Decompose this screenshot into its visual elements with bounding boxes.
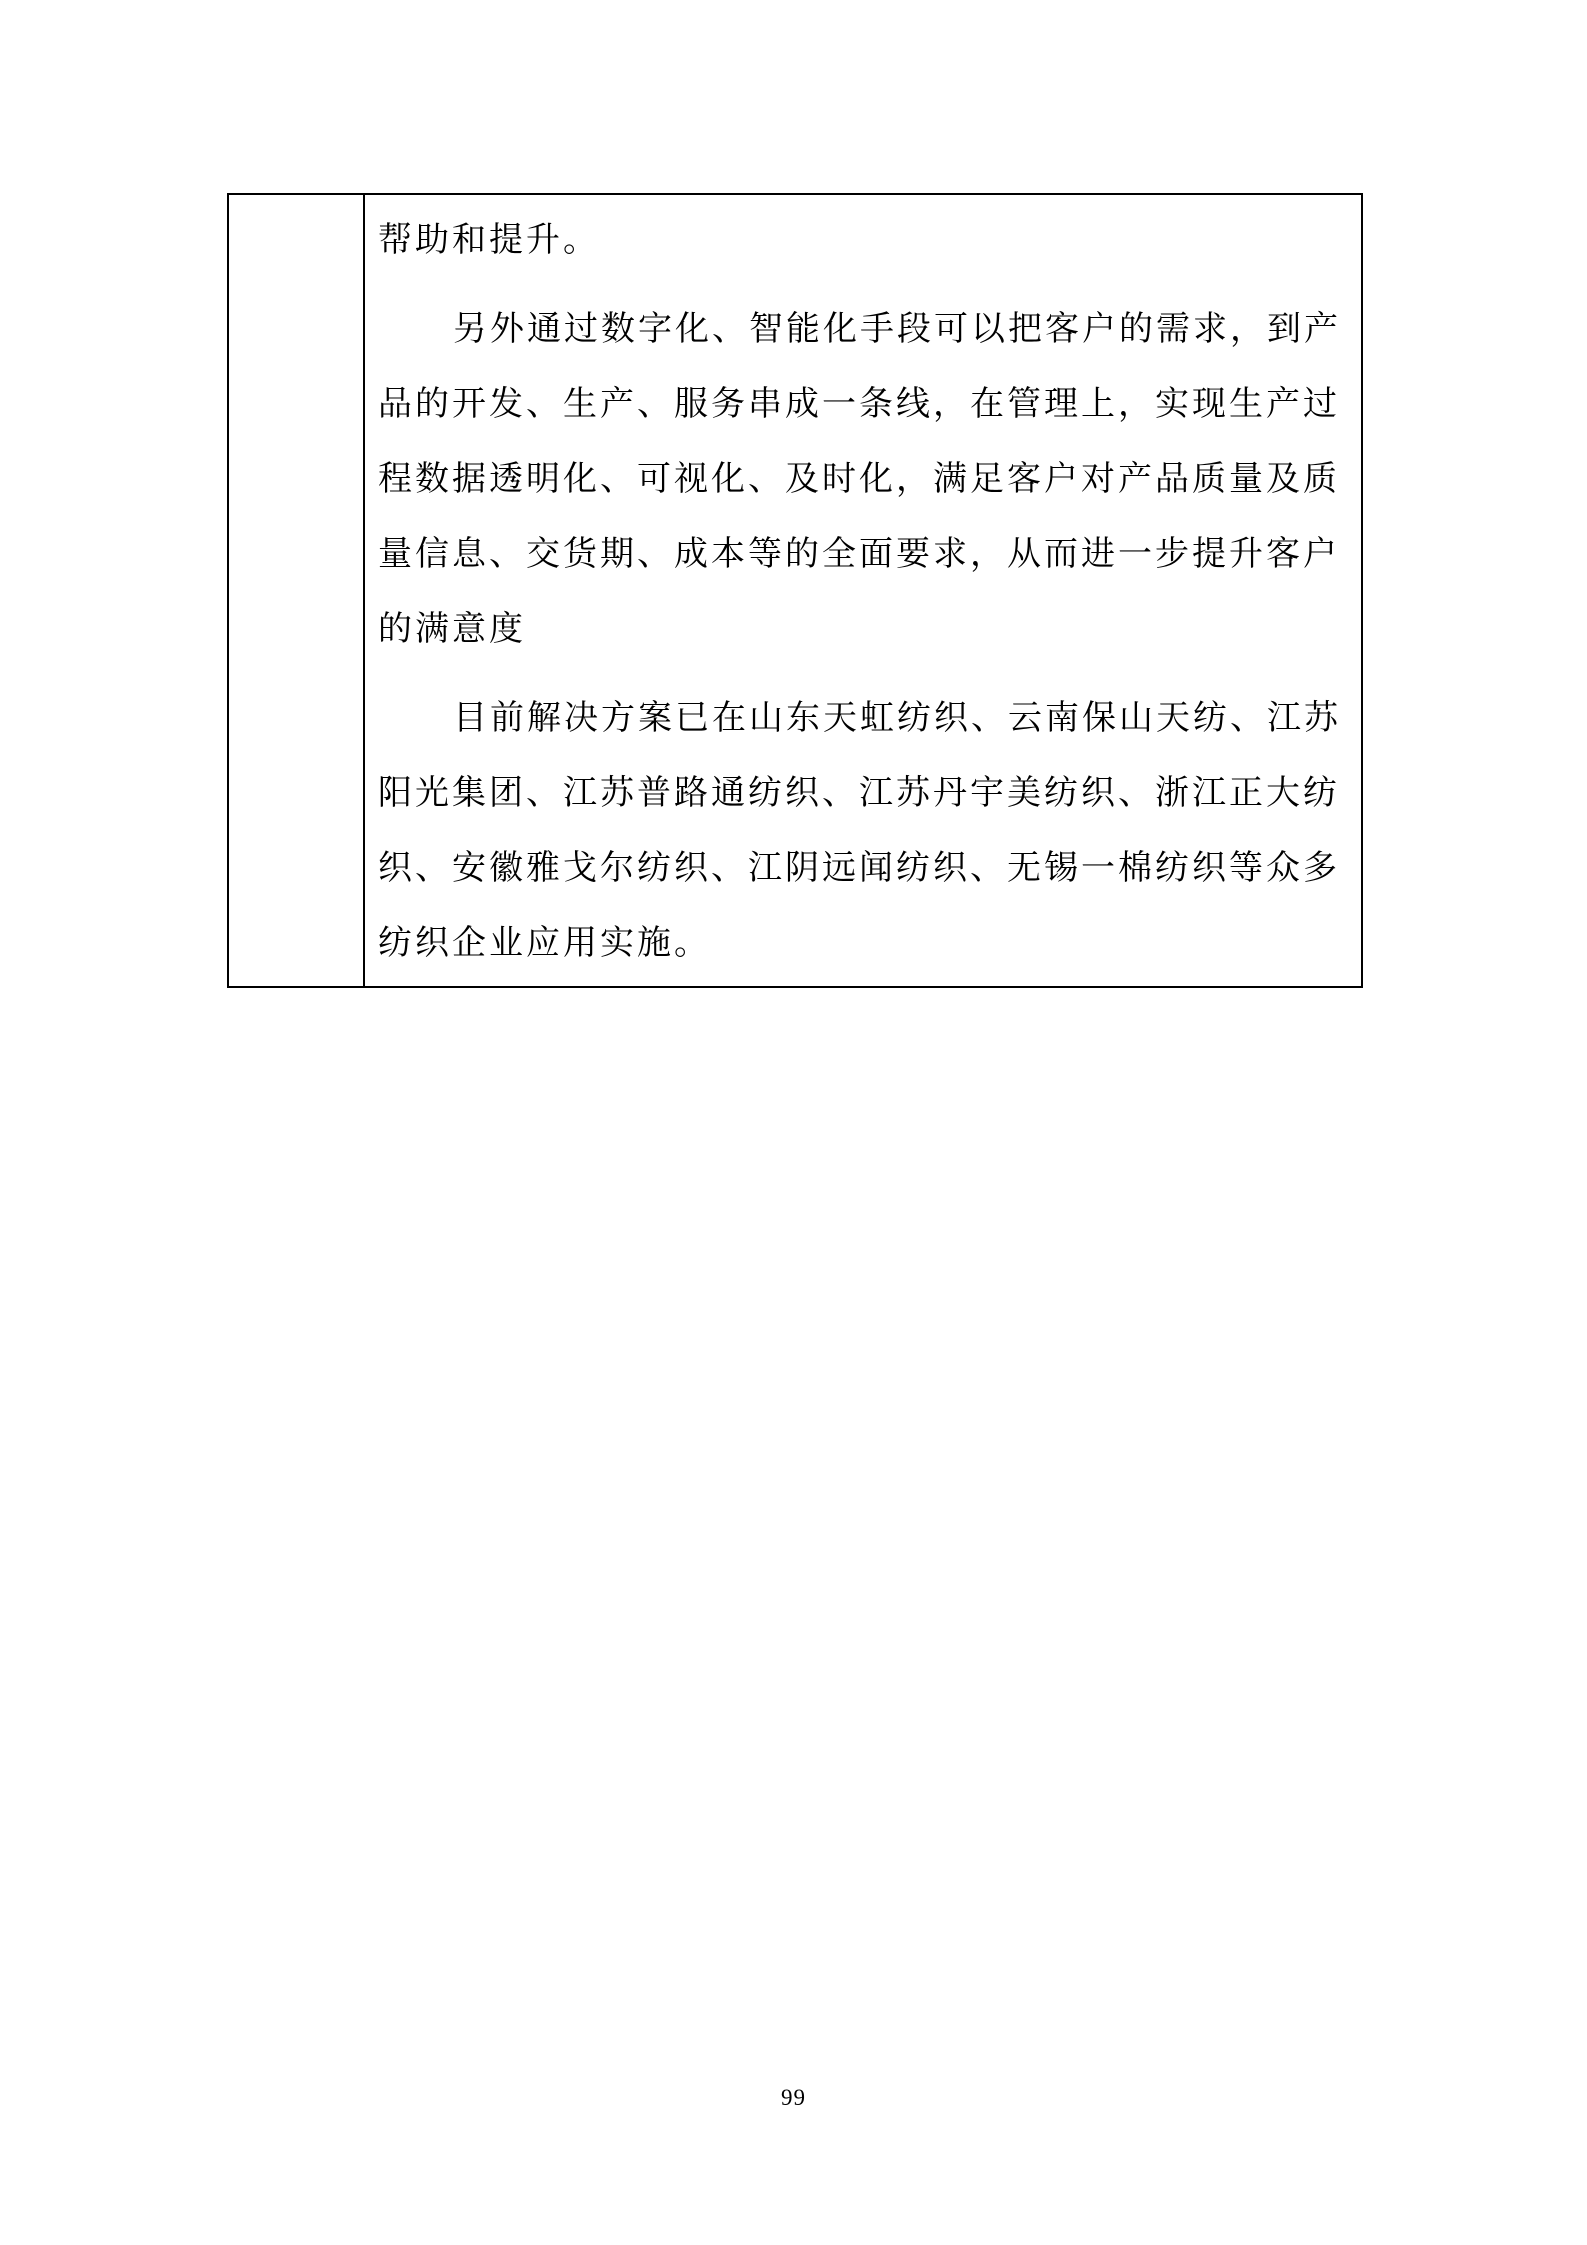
page-number: 99 <box>0 2085 1587 2111</box>
cell-text-line: 的满意度 <box>378 592 1347 667</box>
paragraph-continuation: 帮助和提升。 <box>378 203 1347 278</box>
cell-text-line: 程数据透明化、可视化、及时化，满足客户对产品质量及质 <box>378 442 1347 517</box>
paragraph-deployments: 目前解决方案已在山东天虹纺织、云南保山天纺、江苏 阳光集团、江苏普路通纺织、江苏… <box>378 681 1347 981</box>
table-left-cell <box>229 195 365 986</box>
table-right-cell: 帮助和提升。 另外通过数字化、智能化手段可以把客户的需求，到产 品的开发、生产、… <box>365 195 1361 986</box>
cell-text-line: 目前解决方案已在山东天虹纺织、云南保山天纺、江苏 <box>378 681 1347 756</box>
cell-text-line: 帮助和提升。 <box>378 203 1347 278</box>
paragraph-digitalization: 另外通过数字化、智能化手段可以把客户的需求，到产 品的开发、生产、服务串成一条线… <box>378 292 1347 667</box>
cell-text-line: 纺织企业应用实施。 <box>378 906 1347 981</box>
cell-text-line: 阳光集团、江苏普路通纺织、江苏丹宇美纺织、浙江正大纺 <box>378 756 1347 831</box>
cell-text-line: 量信息、交货期、成本等的全面要求，从而进一步提升客户 <box>378 517 1347 592</box>
cell-text-line: 品的开发、生产、服务串成一条线，在管理上，实现生产过 <box>378 367 1347 442</box>
cell-text-line: 织、安徽雅戈尔纺织、江阴远闻纺织、无锡一棉纺织等众多 <box>378 831 1347 906</box>
document-table: 帮助和提升。 另外通过数字化、智能化手段可以把客户的需求，到产 品的开发、生产、… <box>227 193 1363 988</box>
cell-text-line: 另外通过数字化、智能化手段可以把客户的需求，到产 <box>378 292 1347 367</box>
